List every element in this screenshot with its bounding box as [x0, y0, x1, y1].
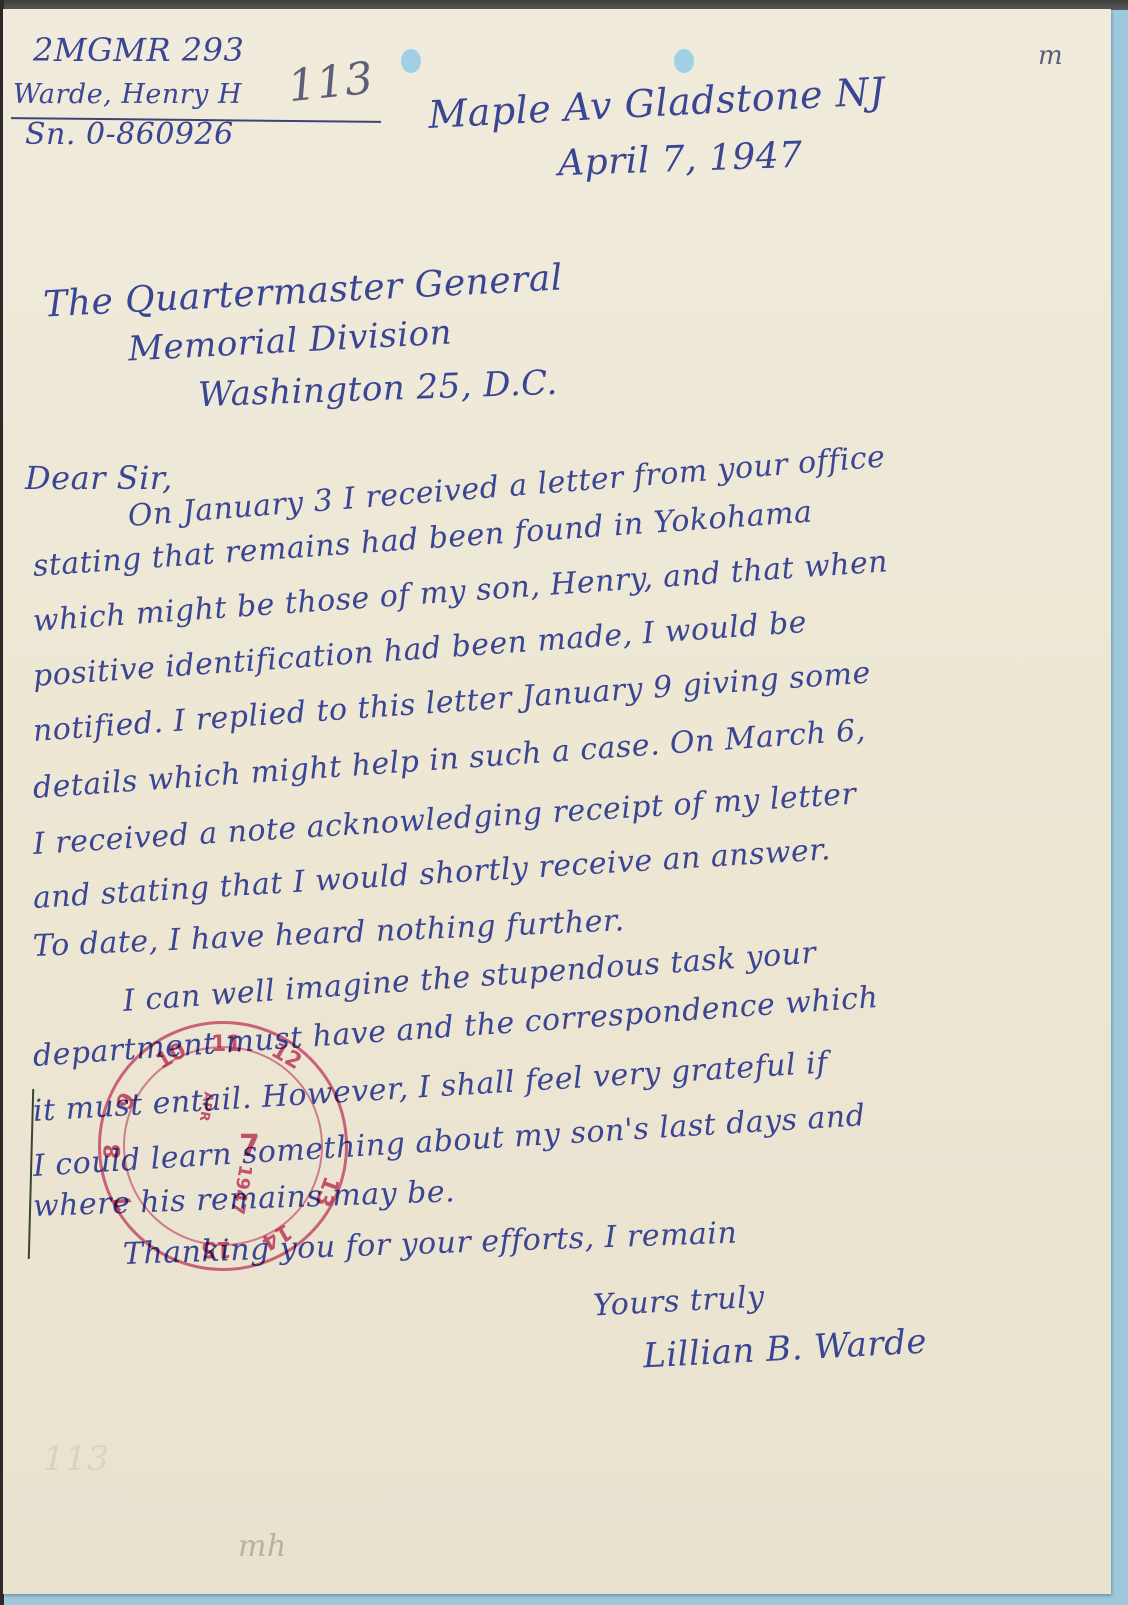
corner-initial: m: [1038, 41, 1063, 71]
bleed-through-initials: mh: [238, 1529, 287, 1564]
stamp-ring-number: 8: [101, 1144, 126, 1159]
recipient-line-2: Memorial Division: [127, 313, 453, 370]
signature: Lillian B. Warde: [642, 1322, 928, 1377]
closing: Yours truly: [592, 1280, 765, 1324]
stamp-day: 7: [239, 1129, 260, 1164]
file-note-name: Warde, Henry H: [13, 79, 242, 110]
stamp-inner-ring: [123, 1046, 323, 1246]
letter-page: 2MGMR 293 Warde, Henry H Sn. 0-860926 11…: [3, 9, 1111, 1594]
punch-hole-left: [401, 49, 421, 73]
bleed-through-note: 113: [43, 1439, 109, 1479]
stamp-ring-number: 11: [211, 1032, 242, 1057]
received-date-stamp: 10 11 12 9 8 7 15 14 13 APR 7 1947: [98, 1021, 348, 1271]
sender-address: Maple Av Gladstone NJ: [427, 69, 886, 137]
punch-hole-right: [674, 49, 694, 73]
recipient-line-3: Washington 25, D.C.: [197, 363, 558, 416]
file-note-serial: Sn. 0-860926: [25, 117, 234, 152]
recipient-line-1: The Quartermaster General: [42, 257, 563, 325]
stamp-ring-number: 15: [201, 1236, 232, 1261]
salutation: Dear Sir,: [25, 459, 173, 497]
letter-date: April 7, 1947: [557, 135, 803, 185]
folio-number: 113: [286, 53, 376, 113]
file-note-reference: 2MGMR 293: [33, 31, 244, 69]
